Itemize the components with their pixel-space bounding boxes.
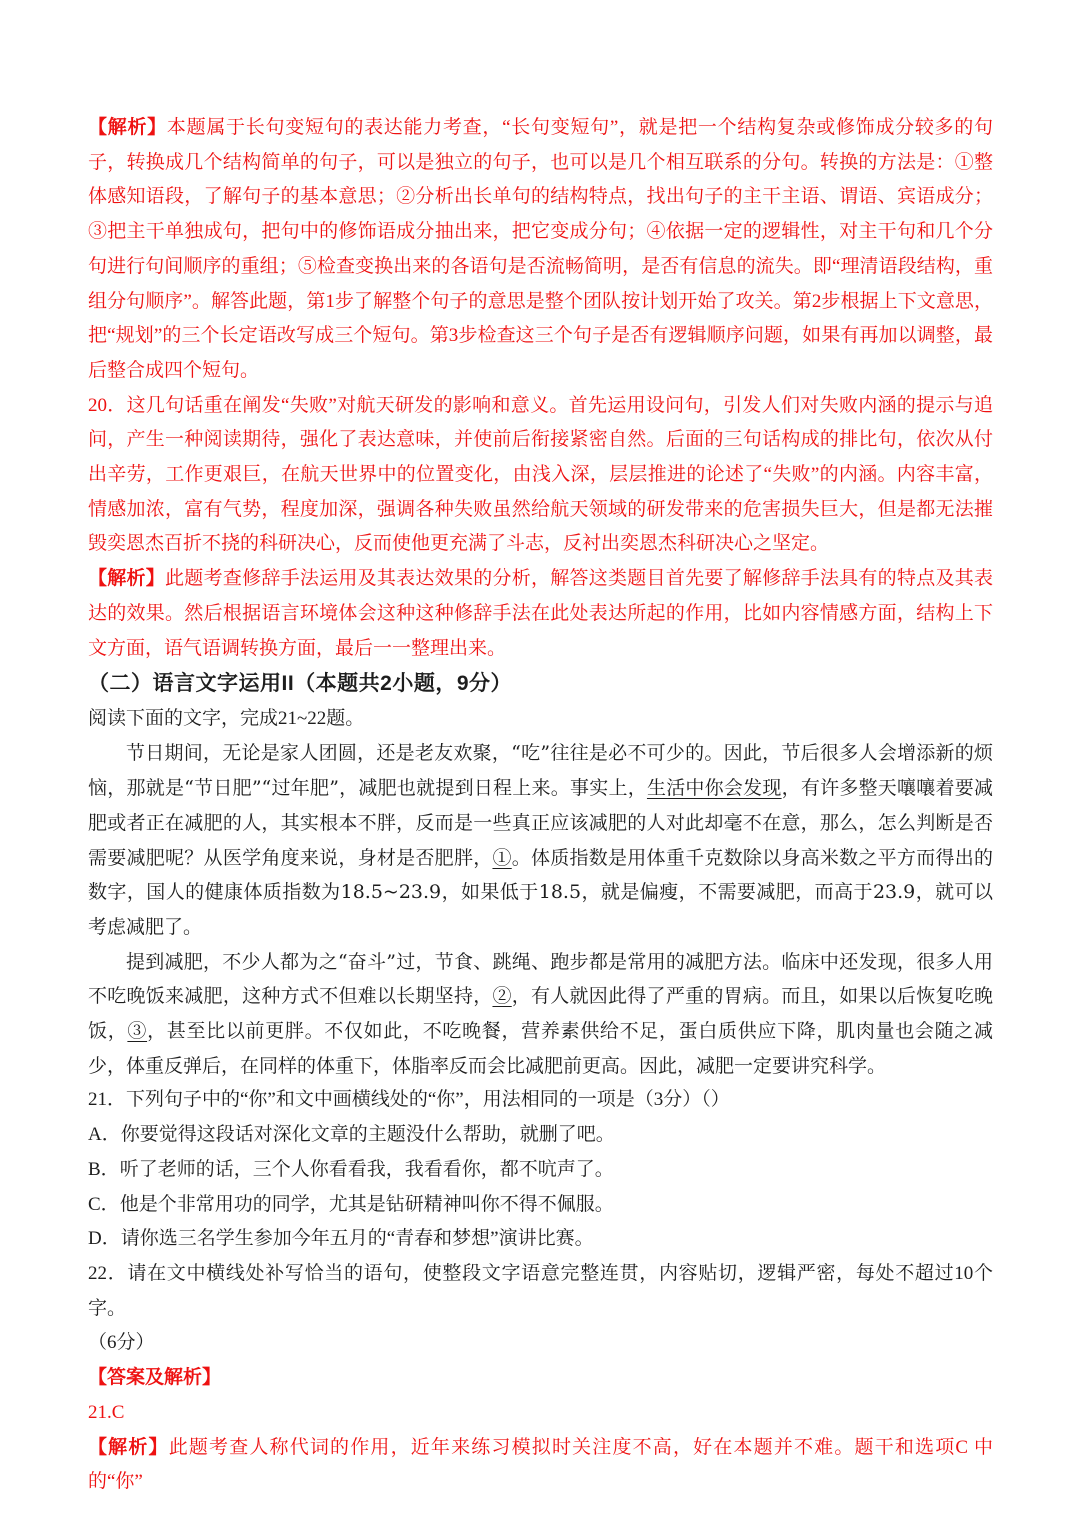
answer-20-block: 20．这几句话重在阐发“失败”对航天研发的影响和意义。首先运用设问句，引发人们对… [88, 389, 993, 563]
section-header: （二）语言文字运用II（本题共2小题，9分） [88, 666, 993, 702]
answer-section-header: 【答案及解析】 [88, 1361, 993, 1396]
option-label: D． [88, 1228, 121, 1249]
analysis-21-block: 【解析】此题考查人称代词的作用，近年来练习模拟时关注度不高，好在本题并不难。题干… [88, 1431, 993, 1500]
option-text: 你要觉得这段话对深化文章的主题没什么帮助，就删了吧。 [121, 1124, 615, 1145]
blank-3-marker: ③ [127, 1020, 147, 1042]
analysis-label: 【解析】 [88, 568, 165, 589]
passage-paragraph-2: 提到减肥，不少人都为之“奋斗”过，节食、跳绳、跑步都是常用的减肥方法。临床中还发… [88, 945, 993, 1084]
option-text: 请你选三名学生参加今年五月的“青春和梦想”演讲比赛。 [121, 1228, 594, 1249]
analysis-20-text: 此题考查修辞手法运用及其表达效果的分析，解答这类题目首先要了解修辞手法具有的特点… [88, 568, 993, 658]
question-21-option-c: C．他是个非常用功的同学，尤其是钻研精神叫你不得不佩服。 [88, 1188, 993, 1223]
underlined-phrase: 生活中你会发现 [647, 777, 782, 799]
analysis-label: 【解析】 [88, 1437, 169, 1458]
question-22-stem: 22．请在文中横线处补写恰当的语句，使整段文字语意完整连贯，内容贴切，逻辑严密，… [88, 1257, 993, 1326]
analysis-19-text: 本题属于长句变短句的表达能力考查，“长句变短句”，就是把一个结构复杂或修饰成分较… [88, 117, 993, 381]
analysis-label: 【解析】 [88, 117, 167, 138]
blank-1-marker: ① [492, 847, 511, 869]
option-label: C． [88, 1194, 120, 1215]
option-text: 听了老师的话，三个人你看看我，我看看你，都不吭声了。 [120, 1159, 614, 1180]
question-21-stem: 21．下列句子中的“你”和文中画横线处的“你”，用法相同的一项是（3分）（） [88, 1083, 993, 1118]
analysis-20-block: 【解析】此题考查修辞手法运用及其表达效果的分析，解答这类题目首先要了解修辞手法具… [88, 562, 993, 666]
question-21-option-b: B．听了老师的话，三个人你看看我，我看看你，都不吭声了。 [88, 1153, 993, 1188]
analysis-21-text: 此题考查人称代词的作用，近年来练习模拟时关注度不高，好在本题并不难。题干和选项C… [88, 1437, 993, 1493]
question-21-option-a: A．你要觉得这段话对深化文章的主题没什么帮助，就删了吧。 [88, 1118, 993, 1153]
question-22-score: （6分） [88, 1326, 993, 1361]
option-text: 他是个非常用功的同学，尤其是钻研精神叫你不得不佩服。 [120, 1194, 614, 1215]
answer-21-value: 21.C [88, 1396, 993, 1431]
option-label: B． [88, 1159, 120, 1180]
analysis-19-block: 【解析】本题属于长句变短句的表达能力考查，“长句变短句”，就是把一个结构复杂或修… [88, 111, 993, 389]
exam-answer-page: 【解析】本题属于长句变短句的表达能力考查，“长句变短句”，就是把一个结构复杂或修… [0, 0, 1080, 1527]
passage-intro: 阅读下面的文字，完成21~22题。 [88, 702, 993, 737]
passage-paragraph-1: 节日期间，无论是家人团圆，还是老友欢聚，“吃”往往是必不可少的。因此，节后很多人… [88, 736, 993, 944]
blank-2-marker: ② [492, 985, 511, 1007]
question-21-option-d: D．请你选三名学生参加今年五月的“青春和梦想”演讲比赛。 [88, 1222, 993, 1257]
p2-text-after: ，甚至比以前更胖。不仅如此，不吃晚餐，营养素供给不足，蛋白质供应下降，肌肉量也会… [88, 1020, 993, 1077]
option-label: A． [88, 1124, 121, 1145]
